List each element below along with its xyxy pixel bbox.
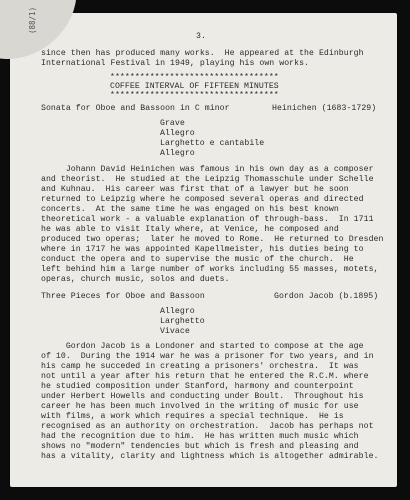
notes-line: theoretical work - a valuable explanatio… bbox=[41, 215, 374, 225]
notes-line: Johann David Heinichen was famous in his… bbox=[41, 165, 374, 175]
movement: Larghetto e cantabile bbox=[160, 139, 264, 149]
piece-composer: Heinichen (1683-1729) bbox=[272, 104, 376, 114]
notes-line: his camp he succeded in creating a priso… bbox=[41, 362, 359, 372]
notes-line: career he has been much involved in the … bbox=[41, 402, 359, 412]
notes-line: with films, a work which requires a spec… bbox=[41, 412, 344, 422]
notes-line: he was able to visit Italy where, at Ven… bbox=[41, 225, 339, 235]
notes-line: and Kuhnau. His career was first that of… bbox=[41, 185, 349, 195]
movement: Allegro bbox=[160, 149, 195, 159]
page-number: 3. bbox=[196, 32, 206, 42]
movement: Allegro bbox=[160, 129, 195, 139]
movement: Larghetto bbox=[160, 317, 205, 327]
notes-line: left behind him a large number of works … bbox=[41, 265, 379, 275]
notes-line: recognised as an authority on orchestrat… bbox=[41, 422, 374, 432]
piece-title: Sonata for Oboe and Bassoon in C minor bbox=[41, 104, 230, 114]
piece-title: Three Pieces for Oboe and Bassoon bbox=[41, 292, 205, 302]
notes-line: shows no "modern" tendencies but which i… bbox=[41, 442, 359, 452]
notes-line: he studied composition under Stanford, h… bbox=[41, 382, 354, 392]
movement: Allegro bbox=[160, 307, 195, 317]
notes-line: where in 1717 he was appointed Kapellmei… bbox=[41, 245, 364, 255]
notes-line: has a vitality, clarity and lightness wh… bbox=[41, 452, 379, 462]
notes-line: conduct the opera and to supervise the m… bbox=[41, 255, 354, 265]
notes-line: of 10. During the 1914 war he was a pris… bbox=[41, 352, 374, 362]
notes-line: not until a year after his return that h… bbox=[41, 372, 369, 382]
intro-line: since then has produced many works. He a… bbox=[41, 49, 364, 59]
notes-line: Gordon Jacob is a Londoner and started t… bbox=[41, 342, 364, 352]
intro-line: International Festival in 1949, playing … bbox=[41, 59, 309, 69]
notes-line: had the recognition due to him. He has w… bbox=[41, 432, 359, 442]
document-text: 3. since then has produced many works. H… bbox=[0, 0, 410, 500]
notes-line: operas, church music, solos and duets. bbox=[41, 275, 230, 285]
interval-stars-bottom: ********************************** bbox=[110, 91, 279, 101]
piece-composer: Gordon Jacob (b.1895) bbox=[274, 292, 378, 302]
notes-line: returned to Leipzig where he composed se… bbox=[41, 195, 364, 205]
notes-line: under Herbert Howells and conducting und… bbox=[41, 392, 364, 402]
notes-line: concerts. At the same time he was engage… bbox=[41, 205, 339, 215]
notes-line: produced two operas; later he moved to R… bbox=[41, 235, 383, 245]
movement: Grave bbox=[160, 119, 185, 129]
notes-line: and theorist. He studied at the Leipzig … bbox=[41, 175, 374, 185]
movement: Vivace bbox=[160, 327, 190, 337]
